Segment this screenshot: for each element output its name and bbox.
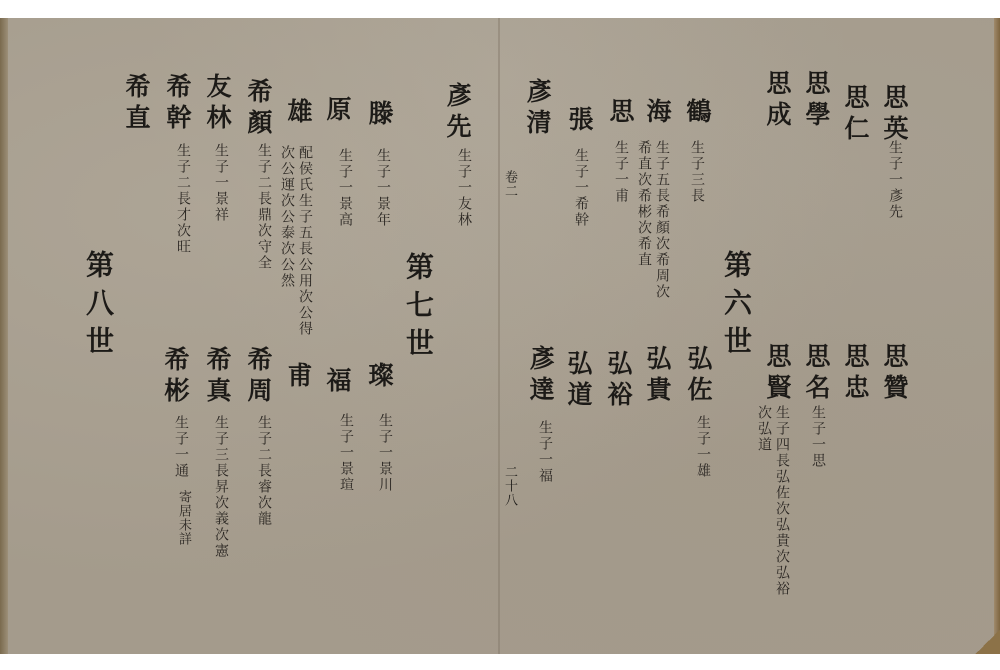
- entry-note: 生子一雄: [696, 415, 710, 479]
- entry-name: 原: [325, 96, 350, 127]
- entry-name: 思贊: [882, 343, 907, 405]
- entry-name: 弘裕: [606, 350, 631, 412]
- page-fold-center: [498, 18, 500, 654]
- entry-note: 生子三長: [690, 140, 704, 204]
- entry-note: 生子一福: [538, 420, 552, 484]
- entry-name: 希彬: [163, 346, 188, 408]
- entry-note: 生子二長才次旺: [176, 143, 190, 255]
- entry-note: 生子一甫: [614, 140, 628, 204]
- entry-note: 生子一景瑄: [339, 413, 353, 493]
- entry-name: 彥先: [445, 82, 470, 144]
- page-edge-right: [994, 18, 1000, 654]
- entry-note: 生子五長希顏次希周次: [655, 140, 669, 300]
- entry-note: 生子四長弘佐次弘貴次弘裕: [775, 405, 789, 597]
- entry-name: 友林: [205, 73, 230, 135]
- entry-name: 思英: [882, 84, 907, 146]
- entry-name: 思學: [804, 70, 829, 132]
- entry-note: 生子一景川: [378, 413, 392, 493]
- entry-note: 生子一思: [811, 405, 825, 469]
- entry-note: 生子一景年: [376, 148, 390, 228]
- page-corner: [975, 630, 1000, 654]
- entry-note: 配侯氏生子五長公用次公得: [298, 145, 312, 337]
- entry-note: 生子一希幹: [574, 148, 588, 228]
- entry-name: 璨: [367, 362, 392, 393]
- entry-name: 甫: [286, 362, 311, 393]
- entry-name: 思忠: [843, 343, 868, 405]
- entry-name: 彥達: [528, 345, 553, 407]
- entry-note-cont: 希直次希彬次希直: [637, 140, 651, 268]
- entry-name: 弘道: [566, 350, 591, 412]
- entry-name: 海: [645, 98, 670, 129]
- entry-note: 生子一彥先: [888, 140, 902, 220]
- entry-note-cont: 次公運次公泰次公然: [280, 145, 294, 289]
- entry-name: 福: [325, 367, 350, 398]
- page-number: 二十八: [503, 465, 516, 507]
- entry-name: 弘佐: [686, 345, 711, 407]
- entry-name: 希顏: [246, 78, 271, 140]
- entry-name: 希幹: [165, 73, 190, 135]
- entry-name: 鶴: [685, 98, 710, 129]
- entry-note-cont: 次弘道: [757, 405, 771, 453]
- entry-name: 思: [608, 98, 633, 129]
- entry-name: 思仁: [843, 84, 868, 146]
- volume-label: 卷二: [503, 170, 516, 198]
- entry-name: 彥清: [525, 78, 550, 140]
- entry-name: 滕: [367, 100, 392, 131]
- entry-name: 思賢: [765, 343, 790, 405]
- entry-name: 雄: [286, 98, 311, 129]
- generation-heading: 第七世: [404, 252, 432, 366]
- entry-name: 希真: [205, 346, 230, 408]
- entry-name: 張: [567, 106, 592, 137]
- entry-note: 生子三長昇次義次憲: [214, 415, 228, 559]
- entry-note: 生子二長鼎次守全: [257, 143, 271, 271]
- entry-note: 生子二長睿次龍: [257, 415, 271, 527]
- entry-name: 希周: [246, 346, 271, 408]
- entry-name: 思成: [765, 70, 790, 132]
- entry-note: 生子一友林: [457, 148, 471, 228]
- entry-name: 思名: [804, 343, 829, 405]
- entry-name: 弘貴: [645, 345, 670, 407]
- entry-note: 生子一通: [174, 415, 188, 479]
- generation-heading: 第六世: [722, 250, 750, 364]
- generation-heading: 第八世: [84, 250, 112, 364]
- entry-note: 生子一景祥: [214, 143, 228, 223]
- entry-note: 生子一景高: [338, 148, 352, 228]
- page-edge-left: [0, 18, 8, 654]
- entry-name: 希直: [124, 73, 149, 135]
- entry-note-cont: 寄居未詳: [177, 490, 190, 546]
